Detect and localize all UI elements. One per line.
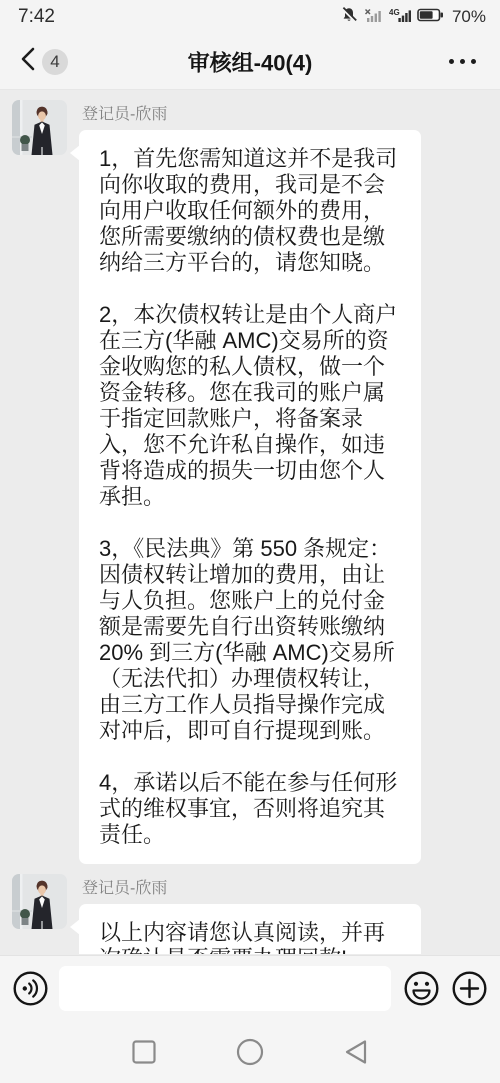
status-bar: 7:42 4 <box>0 0 500 34</box>
dot-icon <box>460 59 465 64</box>
sender-avatar[interactable] <box>12 874 67 929</box>
plus-icon <box>451 970 488 1007</box>
message-list: 登记员-欣雨 1，首先您需知道这并不是我司向你收取的费用，我司是不会向用户收取任… <box>0 90 500 954</box>
message-body: 登记员-欣雨 以上内容请您认真阅读，并再次确认是否需要办理回款! <box>79 874 421 954</box>
message-body: 登记员-欣雨 1，首先您需知道这并不是我司向你收取的费用，我司是不会向用户收取任… <box>79 100 421 864</box>
status-time: 7:42 <box>18 6 55 28</box>
back-chevron-icon <box>20 45 36 78</box>
chat-nav-bar: 4 审核组-40(4) <box>0 34 500 90</box>
back-nav-button[interactable] <box>344 1039 368 1065</box>
message-input[interactable] <box>59 966 391 1011</box>
voice-button[interactable] <box>12 970 49 1007</box>
recents-square-icon <box>132 1040 156 1064</box>
signal-off-icon <box>364 7 383 28</box>
android-navigation-bar <box>0 1021 500 1083</box>
status-icons: 4G 70% <box>340 6 486 29</box>
message-bubble[interactable]: 以上内容请您认真阅读，并再次确认是否需要办理回款! <box>79 904 421 954</box>
emoji-icon <box>403 970 440 1007</box>
more-menu-button[interactable] <box>445 49 480 74</box>
more-attach-button[interactable] <box>451 970 488 1007</box>
message-text: 以上内容请您认真阅读，并再次确认是否需要办理回款! <box>99 920 401 954</box>
home-button[interactable] <box>236 1038 264 1066</box>
chat-title: 审核组-40(4) <box>188 46 313 77</box>
voice-icon <box>12 970 49 1007</box>
dot-icon <box>449 59 454 64</box>
battery-percent: 70% <box>452 7 486 27</box>
signal-4g-icon: 4G <box>389 7 411 28</box>
wechat-chat-screen: 7:42 4 <box>0 0 500 1083</box>
back-triangle-icon <box>344 1039 368 1065</box>
message-row: 登记员-欣雨 1，首先您需知道这并不是我司向你收取的费用，我司是不会向用户收取任… <box>12 100 488 864</box>
dot-icon <box>471 59 476 64</box>
message-row: 登记员-欣雨 以上内容请您认真阅读，并再次确认是否需要办理回款! <box>12 874 488 954</box>
input-toolbar <box>0 955 500 1021</box>
home-circle-icon <box>236 1038 264 1066</box>
emoji-button[interactable] <box>403 970 440 1007</box>
back-button[interactable]: 4 <box>20 45 68 78</box>
sender-name: 登记员-欣雨 <box>82 101 167 124</box>
svg-text:4G: 4G <box>389 8 400 17</box>
battery-icon <box>417 8 444 27</box>
bell-muted-icon <box>340 6 358 29</box>
recents-button[interactable] <box>132 1040 156 1064</box>
unread-count-badge: 4 <box>42 49 68 75</box>
message-bubble[interactable]: 1，首先您需知道这并不是我司向你收取的费用，我司是不会向用户收取任何额外的费用，… <box>79 130 421 864</box>
sender-name: 登记员-欣雨 <box>82 875 167 898</box>
sender-avatar[interactable] <box>12 100 67 155</box>
message-text: 1，首先您需知道这并不是我司向你收取的费用，我司是不会向用户收取任何额外的费用，… <box>99 146 401 848</box>
